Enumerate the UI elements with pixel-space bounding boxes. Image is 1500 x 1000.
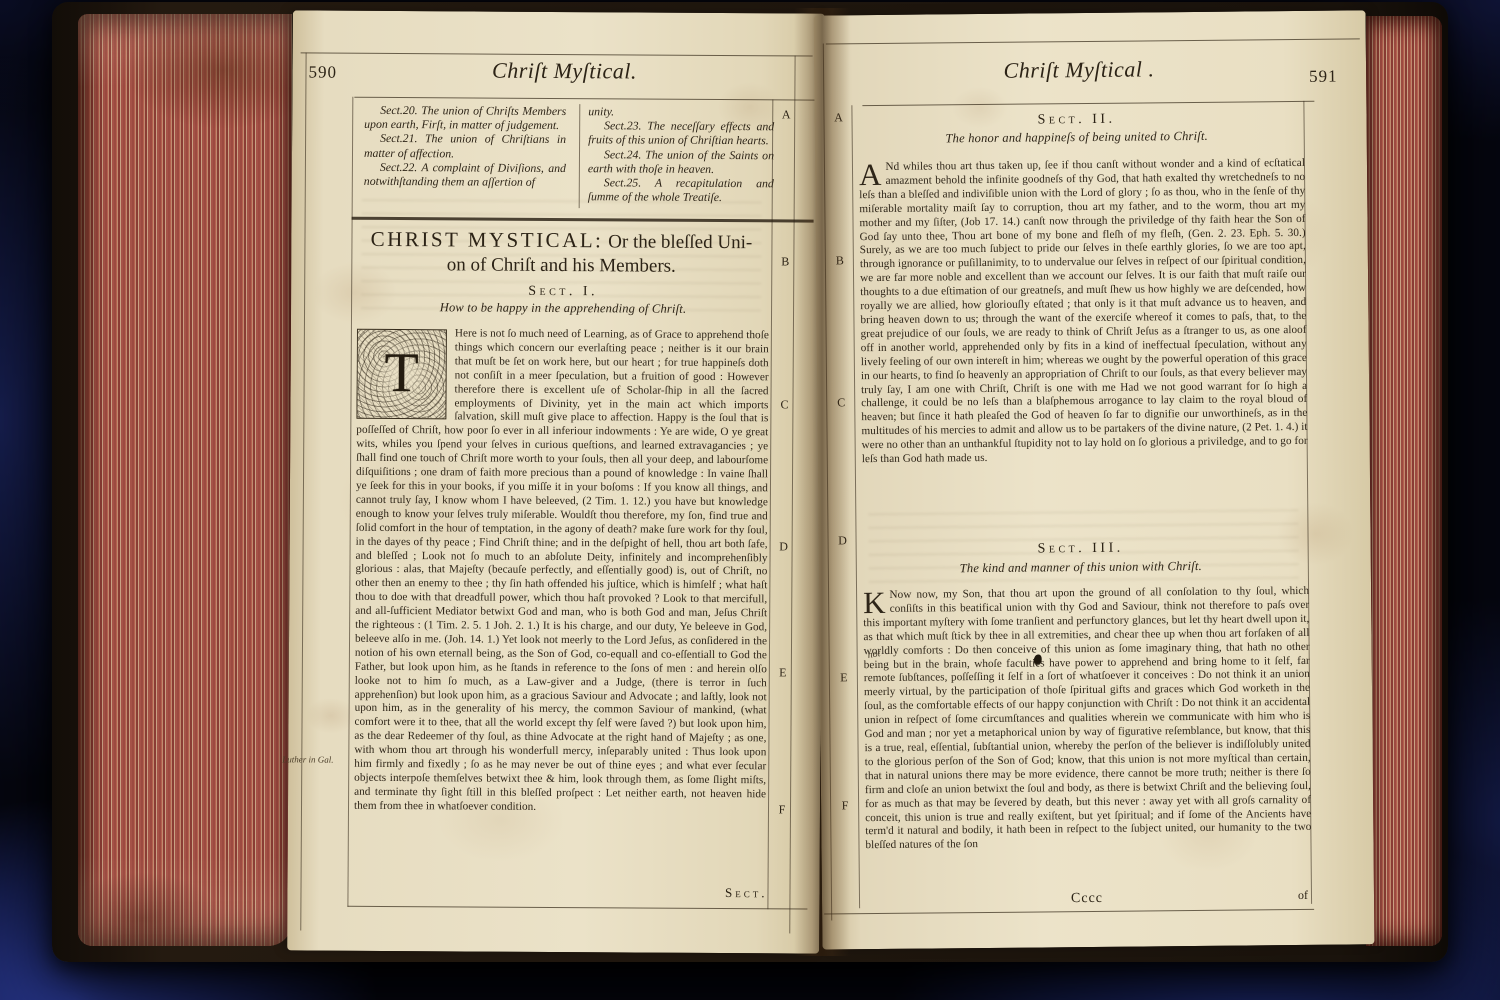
body-text: Now now, my Son, that thou art upon the … (863, 585, 1311, 852)
page-number: 590 (308, 62, 337, 82)
outer-right-rule (789, 55, 795, 933)
body-text-sect3: KNow now, my Son, that thou art upon the… (863, 585, 1312, 907)
header-rule (354, 97, 816, 101)
running-header: Chriſt Myſtical. (354, 57, 774, 86)
section-heading: Sect. III. (859, 539, 1303, 559)
margin-letter: D (776, 539, 792, 554)
contents-entry: Sect.25. A recapitulation and ſumme of t… (588, 175, 774, 205)
margin-letter: E (836, 670, 852, 685)
woodcut-initial-letter: T (357, 330, 446, 419)
margin-letter: A (778, 107, 794, 122)
margin-letter: A (830, 110, 846, 125)
bottom-rule (824, 909, 1314, 915)
page-number: 591 (1309, 67, 1338, 87)
margin-letter: E (775, 665, 791, 680)
body-text: Nd whiles thou art thus taken up, ſee if… (859, 157, 1307, 465)
section-subtitle: The kind and manner of this union with C… (859, 558, 1303, 577)
catchword: Sect. (587, 884, 767, 901)
contents-entry: Sect.21. The union of Chriſtians in matt… (364, 131, 566, 161)
margin-letter: C (776, 397, 792, 412)
contents-entry: Sect.23. The neceſſary effects and fruit… (588, 118, 774, 148)
contents-entry: Sect.24. The union of the Saints on eart… (588, 147, 774, 177)
body-text-sect1: THere is not ſo much need of Learning, a… (353, 327, 769, 912)
contents-entry: Sect.20. The union of Chriſts Members up… (364, 103, 566, 133)
woodcut-initial: T (356, 329, 447, 420)
margin-letter: B (777, 254, 793, 269)
running-header: Chriſt Myſtical . (859, 55, 1299, 85)
margin-note: Luther in Gal. (282, 754, 348, 764)
contents-list-col2: unity. Sect.23. The neceſſary effects an… (588, 104, 775, 205)
margin-letter: D (834, 533, 850, 548)
margin-letter: C (833, 395, 849, 410)
body-text-sect2: ANd whiles thou art thus taken up, ſee i… (859, 157, 1309, 541)
header-rule (862, 101, 1314, 106)
outer-left-rule (823, 44, 832, 921)
chapter-title: CHRIST MYSTICAL: Or the bleſſed Uni- on … (349, 227, 773, 279)
page-edges-left (78, 14, 292, 946)
drop-cap-initial: K (863, 589, 890, 616)
contents-list-col1: Sect.20. The union of Chriſts Members up… (364, 103, 567, 189)
section-subtitle: The honor and happineſs of being united … (855, 128, 1299, 147)
outer-left-rule (300, 52, 306, 930)
section-heading: Sect. I. (353, 283, 773, 302)
top-rule (826, 38, 1360, 44)
chapter-title-rest: Or the bleſſed Uni- (603, 231, 752, 253)
contents-entry: Sect.22. A complaint of Diviſions, and n… (364, 160, 566, 190)
drop-cap-initial: A (859, 161, 886, 188)
catchword: of (1242, 888, 1308, 904)
margin-letter: B (832, 253, 848, 268)
margin-letter: F (837, 798, 853, 813)
contents-entry: unity. (588, 104, 774, 119)
photo-backdrop-velvet-cloth: 590 Chriſt Myſtical. Sect.20. The union … (0, 0, 1500, 1000)
section-divider-rule (352, 217, 814, 223)
margin-letter: F (774, 802, 790, 817)
chapter-title-caps: CHRIST MYSTICAL: (371, 227, 604, 252)
handwritten-annotation: not (867, 648, 881, 661)
left-page: 590 Chriſt Myſtical. Sect.20. The union … (287, 10, 825, 953)
contents-divider-rule (579, 104, 581, 208)
right-page: Chriſt Myſtical . 591 Sect. II. The hono… (814, 10, 1375, 949)
section-heading: Sect. II. (854, 110, 1298, 130)
page-edges-right (1366, 16, 1442, 946)
section-subtitle: How to be happy in the apprehending of C… (353, 300, 773, 318)
chapter-title-line2: on of Chriſt and his Members. (349, 254, 773, 279)
